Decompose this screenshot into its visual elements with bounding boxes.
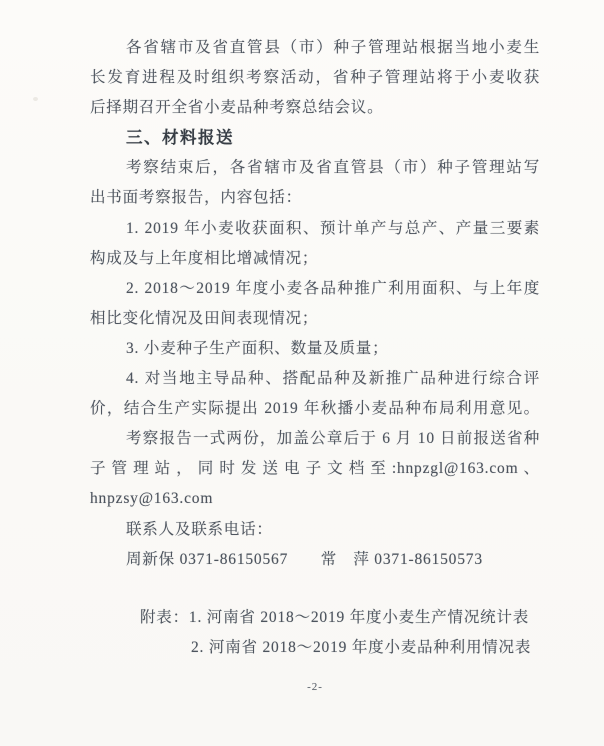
scan-artifact-speck	[33, 97, 38, 101]
list-item-3-line: 3. 小麦种子生产面积、数量及质量；	[90, 334, 540, 364]
email-line: 子管理站，同时发送电子文档至:hnpzgl@163.com、	[90, 454, 540, 484]
document-body: 各省辖市及省直管县（市）种子管理站根据当地小麦生 长发育进程及时组织考察活动，省…	[0, 0, 604, 697]
scanned-document-page: 各省辖市及省直管县（市）种子管理站根据当地小麦生 长发育进程及时组织考察活动，省…	[0, 0, 604, 746]
contact-heading-line: 联系人及联系电话：	[90, 515, 540, 545]
body-text-line: 各省辖市及省直管县（市）种子管理站根据当地小麦生	[90, 33, 540, 63]
section-heading: 三、材料报送	[90, 123, 540, 153]
list-item-1-line: 构成及与上年度相比增减情况；	[90, 244, 540, 274]
list-item-2-line: 相比变化情况及田间表现情况；	[90, 304, 540, 334]
attachment-line-1: 附表：1. 河南省 2018～2019 年度小麦生产情况统计表	[90, 603, 540, 633]
attachment-line-2: 2. 河南省 2018～2019 年度小麦品种利用情况表	[90, 633, 540, 663]
list-item-1-line: 1. 2019 年小麦收获面积、预计单产与总产、产量三要素	[90, 214, 540, 244]
list-item-4-line: 4. 对当地主导品种、搭配品种及新推广品种进行综合评	[90, 364, 540, 394]
list-item-4-line: 价，结合生产实际提出 2019 年秋播小麦品种布局利用意见。	[90, 394, 540, 424]
contact-numbers-line: 周新保 0371-86150567 常 萍 0371-86150573	[90, 545, 540, 575]
email-line: hnpzsy@163.com	[90, 484, 540, 514]
page-number: -2-	[90, 677, 540, 697]
body-text-line: 后择期召开全省小麦品种考察总结会议。	[90, 93, 540, 123]
body-text-line: 考察报告一式两份，加盖公章后于 6 月 10 日前报送省种	[90, 424, 540, 454]
body-text-line: 长发育进程及时组织考察活动，省种子管理站将于小麦收获	[90, 63, 540, 93]
list-item-2-line: 2. 2018～2019 年度小麦各品种推广利用面积、与上年度	[90, 274, 540, 304]
body-text-line: 出书面考察报告，内容包括：	[90, 183, 540, 213]
blank-gap	[90, 575, 540, 603]
body-text-line: 考察结束后，各省辖市及省直管县（市）种子管理站写	[90, 153, 540, 183]
